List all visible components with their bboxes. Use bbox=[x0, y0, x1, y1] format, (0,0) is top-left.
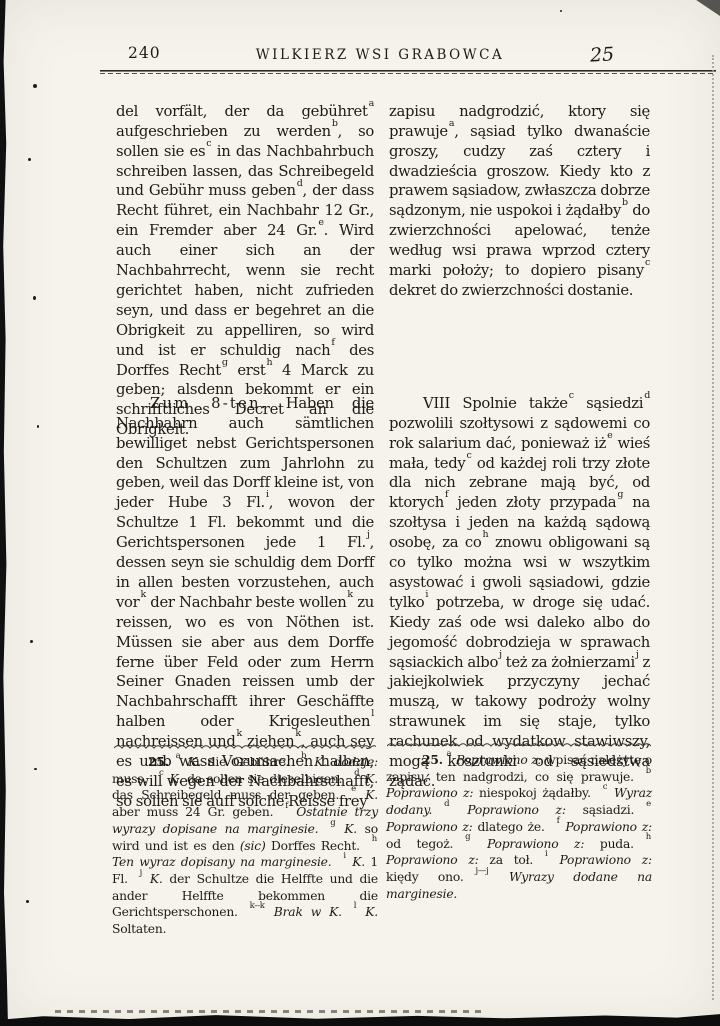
footnote-text: a K. die Gebühre. b K. dodaje: muss. c K… bbox=[112, 755, 378, 936]
paragraph-lead: Zum 8-ten. bbox=[150, 395, 268, 412]
right-column-paragraph-1: zapisu nadgrodzić, ktory się prawujea, s… bbox=[389, 102, 650, 301]
scan-corner-smudge bbox=[692, 0, 720, 16]
page-number-right-handwritten: 25 bbox=[589, 43, 614, 66]
footnote-separator-left bbox=[114, 742, 376, 752]
scan-speck bbox=[33, 296, 36, 300]
paragraph-lead: VIII bbox=[423, 395, 450, 412]
header-rule bbox=[100, 70, 716, 75]
footnote-separator-right bbox=[387, 740, 651, 750]
footnote-text: a Poprawiono z: wpisać należytę o zapisu… bbox=[386, 753, 652, 901]
footnote-block-right: 25. a Poprawiono z: wpisać należytę o za… bbox=[386, 752, 652, 902]
scan-speck bbox=[30, 640, 33, 643]
right-column-paragraph-2: VIII Spolnie takżec sąsiedzid pozwolili … bbox=[389, 394, 650, 792]
scan-dotted-right-edge bbox=[712, 55, 714, 1000]
scan-speck bbox=[560, 10, 562, 12]
scan-speck bbox=[26, 900, 29, 903]
scan-speck bbox=[34, 768, 37, 770]
running-title: WILKIERZ WSI GRABOWCA bbox=[140, 47, 620, 63]
scan-edge-left bbox=[0, 0, 8, 1026]
scan-speckle-strip bbox=[55, 1010, 485, 1013]
scan-speck bbox=[37, 425, 39, 428]
scan-edge-bottom bbox=[0, 1012, 720, 1026]
scanned-book-page: 240 WILKIERZ WSI GRABOWCA 25 del vorfält… bbox=[0, 0, 720, 1026]
scan-speck bbox=[28, 158, 31, 161]
left-column-paragraph-1: del vorfält, der da gebühreta aufgeschri… bbox=[116, 102, 374, 440]
footnote-number: 25. bbox=[422, 752, 443, 767]
footnote-block-left: 25. a K. die Gebühre. b K. dodaje: muss.… bbox=[112, 754, 378, 938]
paragraph-body: Spolnie takżec sąsiedzid pozwolili szołt… bbox=[389, 395, 650, 790]
footnote-number: 25. bbox=[148, 754, 169, 769]
scan-speck bbox=[33, 84, 37, 88]
